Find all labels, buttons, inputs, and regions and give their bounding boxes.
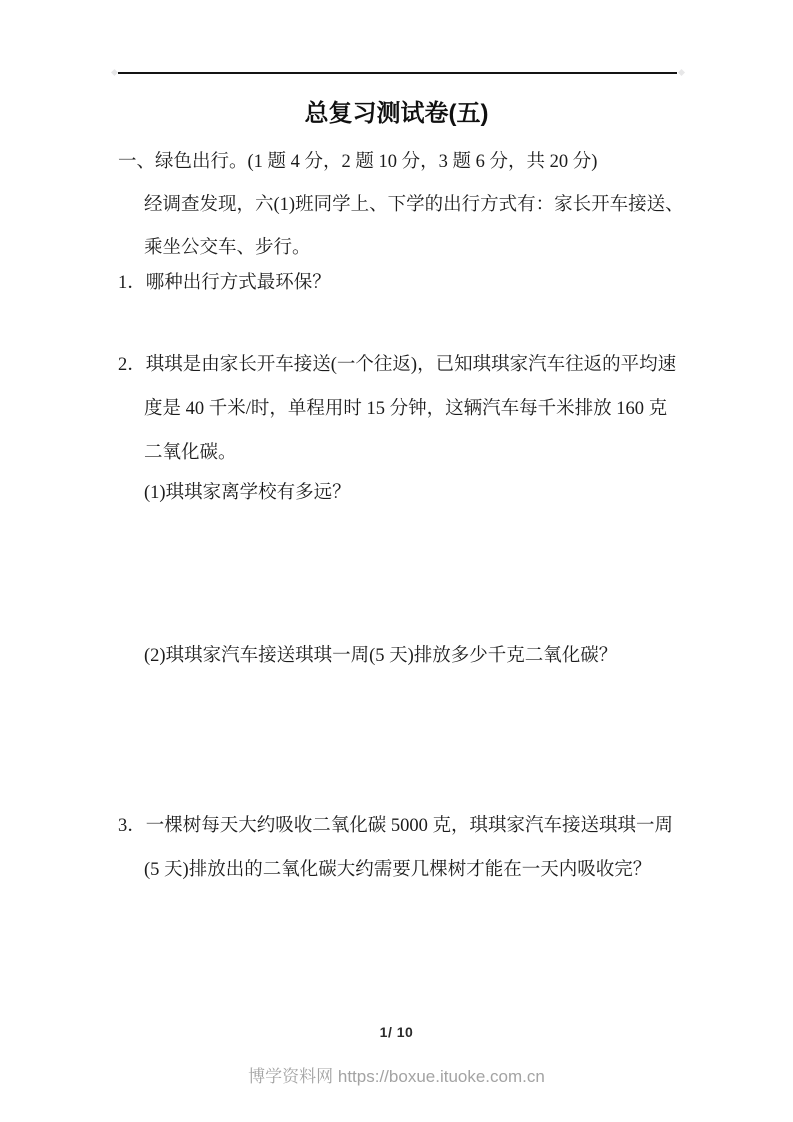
question-2-line3: 二氧化碳。 bbox=[144, 440, 237, 467]
question-2-line2: 度是 40 千米/时，单程用时 15 分钟，这辆汽车每千米排放 160 克 bbox=[144, 396, 667, 423]
question-2-sub2: (2)琪琪家汽车接送琪琪一周(5 天)排放多少千克二氧化碳？ bbox=[144, 643, 617, 670]
section-heading: 一、绿色出行。(1 题 4 分，2 题 10 分，3 题 6 分，共 20 分) bbox=[118, 149, 597, 176]
section-intro-line1: 经调查发现，六(1)班同学上、下学的出行方式有：家长开车接送、 bbox=[144, 192, 684, 219]
section-intro-line2: 乘坐公交车、步行。 bbox=[144, 235, 311, 262]
question-2-sub1: (1)琪琪家离学校有多远？ bbox=[144, 480, 351, 507]
scan-artifact-left bbox=[111, 69, 118, 76]
question-3-line1: 3．一棵树每天大约吸收二氧化碳 5000 克，琪琪家汽车接送琪琪一周 bbox=[118, 813, 673, 840]
footer-site-link: 博学资料网 https://boxue.ituoke.com.cn bbox=[0, 1064, 793, 1090]
header-divider-line bbox=[118, 72, 677, 74]
test-paper-page: 总复习测试卷(五) 一、绿色出行。(1 题 4 分，2 题 10 分，3 题 6… bbox=[0, 0, 793, 1122]
page-title: 总复习测试卷(五) bbox=[0, 98, 793, 130]
question-2-line1: 2．琪琪是由家长开车接送(一个往返)，已知琪琪家汽车往返的平均速 bbox=[118, 352, 676, 379]
question-3-line2: (5 天)排放出的二氧化碳大约需要几棵树才能在一天内吸收完？ bbox=[144, 857, 651, 884]
question-1: 1．哪种出行方式最环保？ bbox=[118, 270, 331, 297]
scan-artifact-right bbox=[678, 69, 685, 76]
page-number: 1/ 10 bbox=[0, 1022, 793, 1042]
